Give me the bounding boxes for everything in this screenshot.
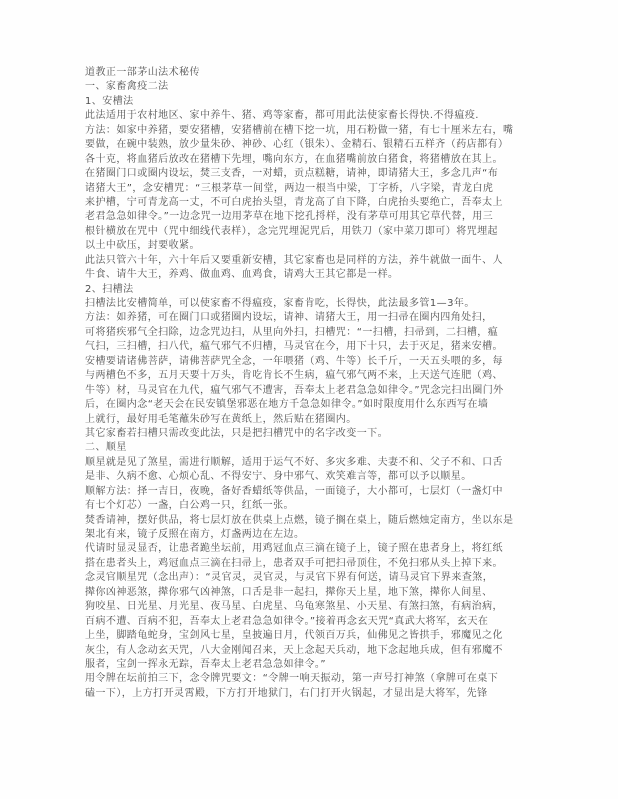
text-line: 二、顺星 [85, 441, 555, 455]
document-body: 道教正一部茅山法术秘传一、家畜禽疫二法1、安槽法此法适用于农村地区、家中养牛、猪… [85, 66, 555, 701]
text-line: 牛等）材，马灵官在九代，瘟气邪气不遭害，吾奉太上老君急急如律令。”咒念完扫出圈门… [85, 384, 555, 398]
text-line: 根针横放在咒中（咒中细线代表样），念完咒埋泥咒后，用铁刀（家中菜刀即可）将咒埋起 [85, 225, 555, 239]
text-line: 撵你凶神恶煞，撵你邪气凶神煞，口舌是非一起扫，撵你天上星，地下煞，撵你人间星、 [85, 586, 555, 600]
scanned-page: 道教正一部茅山法术秘传一、家畜禽疫二法1、安槽法此法适用于农村地区、家中养牛、猪… [0, 0, 618, 799]
text-line: 以土中砍压，封要收紧。 [85, 239, 555, 253]
text-line: 与两槽色不多，五月天要十万头，肯吃肯长不生病，瘟气邪气两不来，上天送气连肥（鸡、 [85, 369, 555, 383]
text-line: 用令牌在坛前拍三下，念令牌咒要文：“令牌一响天振动，第一声号打神煞（拿牌可在桌下 [85, 672, 555, 686]
text-line: 可将猪疾邪气全扫除，边念咒边扫，从里向外扫，扫槽咒：“一扫槽，扫帚到，二扫槽，瘟 [85, 326, 555, 340]
text-line: 气扫，三扫槽，扫八代，瘟气邪气不归槽，马灵官在今，用下十只，去于灭足，猪来安槽。 [85, 340, 555, 354]
text-line: 代请时显灵显否，让患者跪坐坛前，用鸡冠血点三滴在镜子上，镜子照在患者身上，将红纸 [85, 542, 555, 556]
text-line: 是非、久病不愈、心烦心乱、不得安宁、身中邪气、欢笑难言等，都可以予以顺星。 [85, 470, 555, 484]
text-line: 诸猪大王”，念安槽咒：“三根茅草一间堂，两边一根当中梁，丁字桥，八字梁，青龙白虎 [85, 182, 555, 196]
text-line: 道教正一部茅山法术秘传 [85, 66, 555, 80]
text-line: 狗咬星、日光星、月光星、夜马星、白虎星、乌龟寒煞星、小天星、有煞扫煞，有病治病， [85, 600, 555, 614]
text-line: 后，在圈内念“老天会在民安镇堡邪恶在地方千急急如律令。”如时限度用什么东西写在墙 [85, 398, 555, 412]
text-line: 焚香请神，摆好供品，将七层灯放在供桌上点燃，镜子搁在桌上，随后燃烛定南方，坐以东… [85, 514, 555, 528]
text-line: 老君急急如律令。”一边念咒一边用茅草在地下挖孔捋样，没有茅草可用其它草代替，用三 [85, 210, 555, 224]
text-line: 其它家畜若扫槽只需改变此法，只是把扫槽咒中的名字改变一下。 [85, 427, 555, 441]
text-line: 顺星就是见了煞星，需进行顺解，适用于运气不好、多灾多难、夫妻不和、父子不和、口舌 [85, 456, 555, 470]
text-line: 来护槽，宁可青龙高一丈，不可白虎抬头望，青龙高了自下降，白虎抬头要绝亡，吾奉太上 [85, 196, 555, 210]
text-line: 一、家畜禽疫二法 [85, 80, 555, 94]
text-line: 此法适用于农村地区、家中养牛、猪、鸡等家畜，都可用此法使家畜长得快.不得瘟疫. [85, 109, 555, 123]
text-line: 顺解方法：择一吉日，夜晚，备好香蜡纸等供品，一面镜子，大小都可，七层灯（一盏灯中 [85, 485, 555, 499]
text-line: 上就行，最好用毛笔蘸朱砂写在黄纸上，然后贴在猪圈内。 [85, 413, 555, 427]
text-line: 1、安槽法 [85, 95, 555, 109]
text-line: 要做，在碗中装熟，放少量朱砂、神砂、心红（银朱）、金精石、银精石五样齐（药店都有… [85, 138, 555, 152]
text-line: 安槽要请诸佛菩萨，请佛菩萨咒全念，一年喂猪（鸡、牛等）长千斤，一天五头喂的多，每 [85, 355, 555, 369]
text-line: 方法：如家中养猪，要安猪槽，安猪槽前在槽下挖一坑，用石粉做一猪，有七十厘米左右，… [85, 124, 555, 138]
text-line: 搭在患者头上，鸡冠血点三滴在扫帚上，患者双手可把扫帚顶住，不免扫邪从头上掉下来。 [85, 557, 555, 571]
text-line: 牛食、请牛大王，养鸡、做血鸡、血鸡食，请鸡大王其它都是一样。 [85, 268, 555, 282]
text-line: 有七个灯芯）一盏，白公鸡一只，红纸一张。 [85, 499, 555, 513]
text-line: 扫槽法比安槽简单，可以使家畜不得瘟疫，家畜肯吃，长得快，此法最多管1—3年。 [85, 297, 555, 311]
text-line: 在猪圈门口或圈内设坛，焚三支香，一对蜡，贡点糕糖，请神，即请猪大王，多念几声“布 [85, 167, 555, 181]
text-line: 方法：如养猪，可在圈门口或猪圈内设坛，请神、请猪大王，用一扫帚在圈内四角处扫， [85, 311, 555, 325]
text-line: 念灵官顺星咒（念出声）：“灵官灵，灵官灵，与灵官下界有何送，请马灵官下界来查煞， [85, 571, 555, 585]
text-line: 灰尘，有人念动玄天咒，八大金刚闻召来，天上念起天兵动，地下念起地兵成，但有邪魔不 [85, 644, 555, 658]
text-line: 服者，宝剑一挥永无踪，吾奉太上老君急急如律令。” [85, 658, 555, 672]
text-line: 架北有来，镜子反照在南方，灯盏两边在左边。 [85, 528, 555, 542]
text-line: 2、扫槽法 [85, 283, 555, 297]
text-line: 此法只管六十年，六十年后又要重新安槽，其它家畜也是同样的方法，养牛就做一面牛、人 [85, 254, 555, 268]
text-line: 百病不遭、百病不犯，吾奉太上老君急急如律令。”接着再念玄天咒“真武大将军，玄天在 [85, 615, 555, 629]
text-line: 磕一下），上方打开灵霄殿，下方打开地狱门，右门打开火锅起，才显出是大将军，先锋 [85, 687, 555, 701]
text-line: 各十克，将血猪后放改在猪槽下先埋，嘴向东方，在血猪嘴前放白猪食，将猪槽放在其上。 [85, 153, 555, 167]
text-line: 上坐，脚踏龟蛇身，宝剑风七星，皇披遍日月，代领百万兵，仙佛见之皆拱手，邪魔见之化 [85, 629, 555, 643]
